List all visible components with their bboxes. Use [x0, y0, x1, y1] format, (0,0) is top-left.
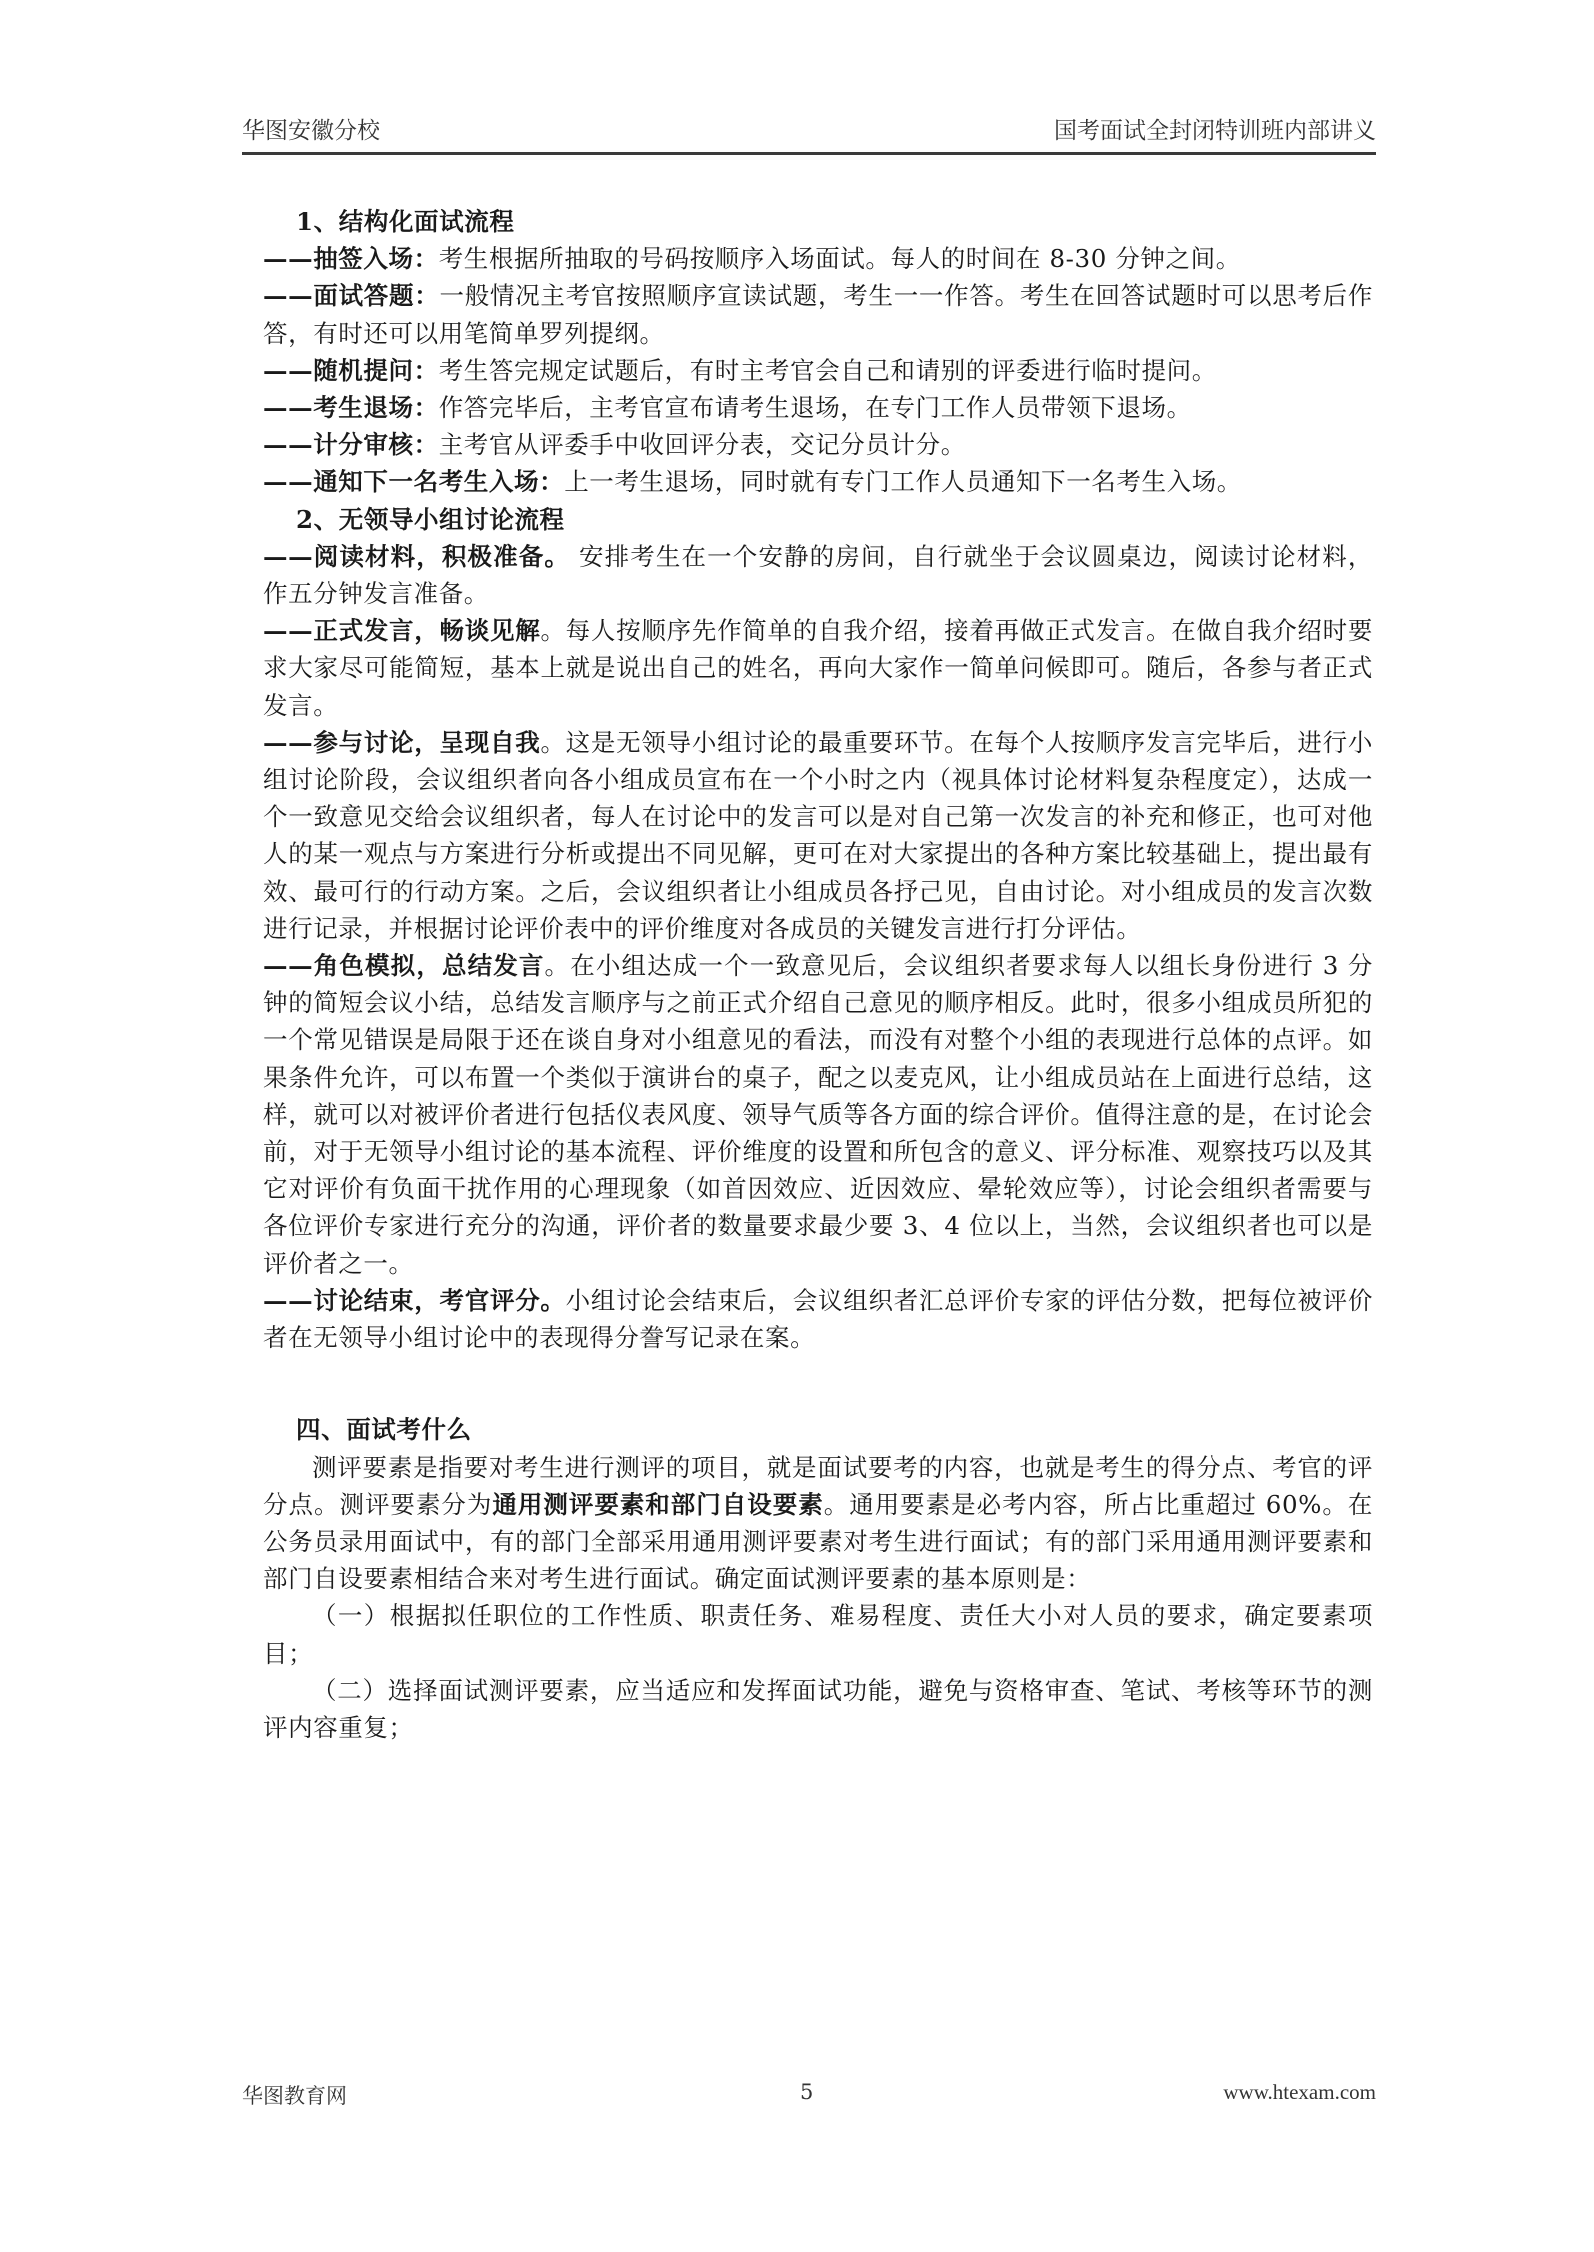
step-lead: ——参与讨论，呈现自我	[263, 728, 540, 757]
process-step: ——随机提问：考生答完规定试题后，有时主考官会自己和请别的评委进行临时提问。	[263, 352, 1373, 389]
step-text: 考生根据所抽取的号码按顺序入场面试。每人的时间在 8-30 分钟之间。	[439, 244, 1241, 273]
step-lead: ——讨论结束，考官评分。	[263, 1286, 566, 1315]
step-text: 。在小组达成一个一致意见后，会议组织者要求每人以组长身份进行 3 分钟的简短会议…	[263, 951, 1373, 1278]
footer-site-name: 华图教育网	[242, 2080, 347, 2110]
step-text: 作答完毕后，主考官宣布请考生退场，在专门工作人员带领下退场。	[439, 393, 1192, 422]
process-step: ——计分审核：主考官从评委手中收回评分表，交记分员计分。	[263, 426, 1373, 463]
step-lead: ——阅读材料，积极准备。	[263, 542, 570, 571]
process-step: ——阅读材料，积极准备。 安排考生在一个安静的房间，自行就坐于会议圆桌边，阅读讨…	[263, 538, 1373, 612]
spacer	[263, 1356, 1373, 1393]
step-lead: ——考生退场：	[263, 393, 439, 422]
principle-item: （一）根据拟任职位的工作性质、职责任务、难易程度、责任大小对人员的要求，确定要素…	[263, 1597, 1373, 1671]
step-text: 。这是无领导小组讨论的最重要环节。在每个人按顺序发言完毕后，进行小组讨论阶段，会…	[263, 728, 1373, 943]
step-text: 上一考生退场，同时就有专门工作人员通知下一名考生入场。	[564, 467, 1242, 496]
step-lead: ——计分审核：	[263, 430, 439, 459]
process-step: ——通知下一名考生入场：上一考生退场，同时就有专门工作人员通知下一名考生入场。	[263, 463, 1373, 500]
process-step: ——面试答题：一般情况主考官按照顺序宣读试题，考生一一作答。考生在回答试题时可以…	[263, 277, 1373, 351]
page-header: 华图安徽分校 国考面试全封闭特训班内部讲义	[242, 112, 1376, 142]
header-school-name: 华图安徽分校	[242, 112, 380, 145]
process-step: ——抽签入场：考生根据所抽取的号码按顺序入场面试。每人的时间在 8-30 分钟之…	[263, 240, 1373, 277]
process-step: ——考生退场：作答完毕后，主考官宣布请考生退场，在专门工作人员带领下退场。	[263, 389, 1373, 426]
page-footer: 华图教育网 5 www.htexam.com	[242, 2080, 1376, 2110]
step-lead: ——通知下一名考生入场：	[263, 467, 564, 496]
intro-text-emphasis: 通用测评要素和部门自设要素	[492, 1490, 823, 1519]
step-lead: ——面试答题：	[263, 281, 440, 310]
header-divider	[242, 152, 1376, 155]
spacer	[263, 1393, 1373, 1411]
process-step: ——角色模拟，总结发言。在小组达成一个一致意见后，会议组织者要求每人以组长身份进…	[263, 947, 1373, 1282]
page-number: 5	[800, 2080, 813, 2104]
footer-website-url: www.htexam.com	[1223, 2080, 1376, 2105]
section-heading-structured-interview: 1、结构化面试流程	[263, 203, 1373, 240]
header-document-title: 国考面试全封闭特训班内部讲义	[1054, 112, 1376, 145]
process-step: ——参与讨论，呈现自我。这是无领导小组讨论的最重要环节。在每个人按顺序发言完毕后…	[263, 724, 1373, 947]
step-lead: ——抽签入场：	[263, 244, 439, 273]
step-lead: ——正式发言，畅谈见解	[263, 616, 540, 645]
section-heading-what-interview-tests: 四、面试考什么	[263, 1411, 1373, 1448]
principle-item: （二）选择面试测评要素，应当适应和发挥面试功能，避免与资格审查、笔试、考核等环节…	[263, 1672, 1373, 1746]
document-body: 1、结构化面试流程 ——抽签入场：考生根据所抽取的号码按顺序入场面试。每人的时间…	[263, 203, 1373, 1746]
process-step: ——讨论结束，考官评分。小组讨论会结束后，会议组织者汇总评价专家的评估分数，把每…	[263, 1282, 1373, 1356]
step-text: 考生答完规定试题后，有时主考官会自己和请别的评委进行临时提问。	[439, 356, 1217, 385]
section-heading-leaderless-group: 2、无领导小组讨论流程	[263, 501, 1373, 538]
process-step: ——正式发言，畅谈见解。每人按顺序先作简单的自我介绍，接着再做正式发言。在做自我…	[263, 612, 1373, 724]
intro-paragraph: 测评要素是指要对考生进行测评的项目，就是面试要考的内容，也就是考生的得分点、考官…	[263, 1449, 1373, 1598]
step-text: 主考官从评委手中收回评分表，交记分员计分。	[439, 430, 966, 459]
step-lead: ——随机提问：	[263, 356, 439, 385]
step-lead: ——角色模拟，总结发言	[263, 951, 545, 980]
